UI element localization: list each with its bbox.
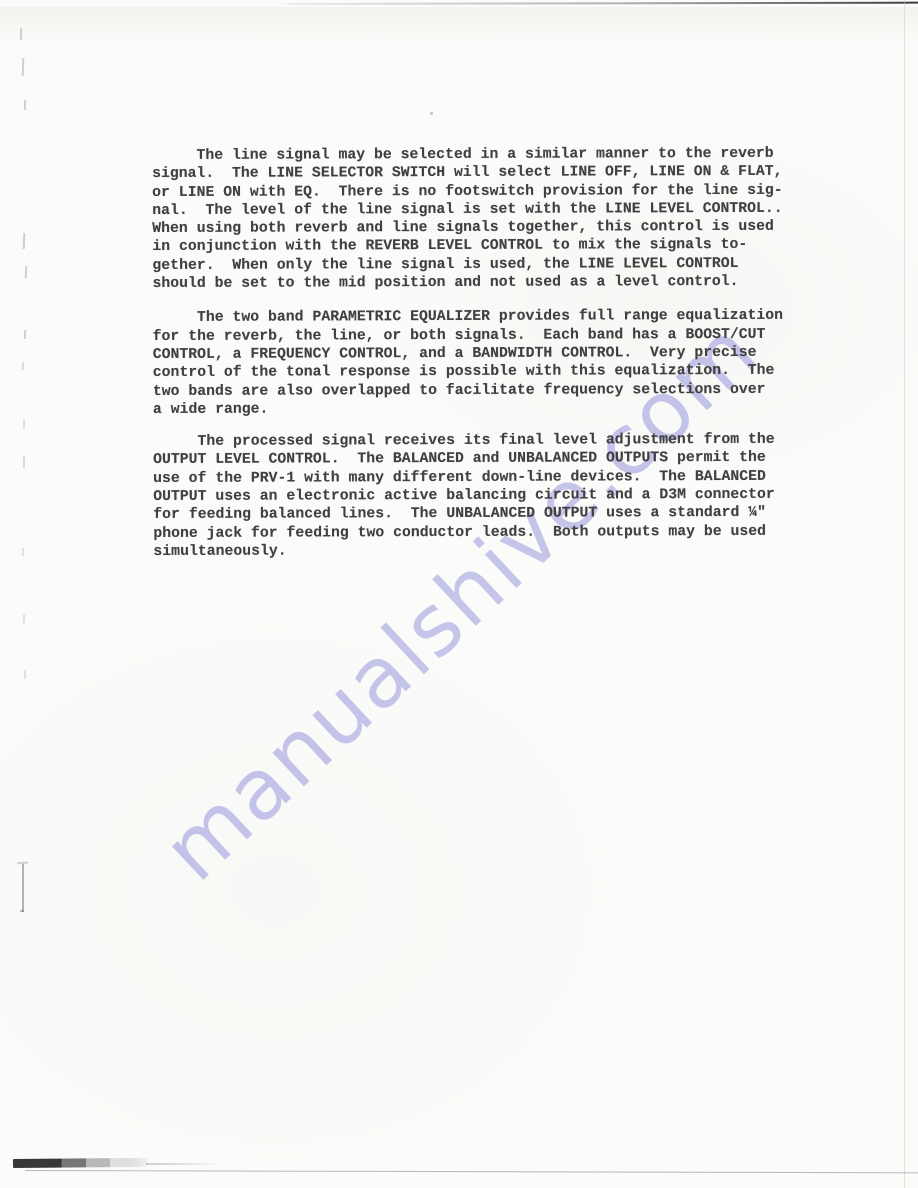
scan-speck bbox=[22, 362, 24, 370]
paragraph-output-level: The processed signal receives its final … bbox=[153, 431, 833, 561]
text-line: phone jack for feeding two conductor lea… bbox=[153, 522, 833, 543]
scan-speck bbox=[23, 614, 25, 623]
scan-speck bbox=[24, 670, 26, 679]
scan-speck bbox=[25, 266, 27, 278]
text-line: use of the PRV-1 with many different dow… bbox=[153, 467, 833, 488]
scan-speck bbox=[24, 330, 26, 339]
text-line: for the reverb, the line, or both signal… bbox=[153, 325, 833, 346]
scan-bottom-smudge bbox=[13, 1158, 148, 1168]
scan-speck bbox=[23, 456, 25, 468]
scan-speck bbox=[20, 28, 22, 40]
text-line: simultaneously. bbox=[153, 541, 833, 562]
scan-speck bbox=[22, 58, 25, 76]
document-body: The line signal may be selected in a sim… bbox=[152, 145, 833, 562]
text-line: The processed signal receives its final … bbox=[153, 431, 833, 452]
text-line: two bands are also overlapped to facilit… bbox=[153, 380, 833, 401]
text-line: CONTROL, a FREQUENCY CONTROL, and a BAND… bbox=[153, 344, 833, 365]
scan-vertical-line bbox=[22, 864, 24, 912]
text-line: gether. When only the line signal is use… bbox=[152, 254, 832, 275]
text-line: signal. The LINE SELECTOR SWITCH will se… bbox=[152, 163, 832, 184]
text-line: The two band PARAMETRIC EQUALIZER provid… bbox=[153, 307, 833, 328]
text-line: The line signal may be selected in a sim… bbox=[152, 145, 832, 166]
text-line: or LINE ON with EQ. There is no footswit… bbox=[152, 181, 832, 202]
scanned-page: manualshive.com The line signal may be s… bbox=[0, 0, 918, 1188]
scan-speck bbox=[23, 233, 25, 249]
text-line: When using both reverb and line signals … bbox=[152, 218, 832, 239]
text-line: should be set to the mid position and no… bbox=[152, 273, 832, 294]
text-line: a wide range. bbox=[153, 398, 833, 419]
scan-top-shading bbox=[0, 7, 918, 43]
scan-speck bbox=[22, 548, 24, 556]
paragraph-parametric-equalizer: The two band PARAMETRIC EQUALIZER provid… bbox=[153, 307, 833, 419]
scan-top-edge-line bbox=[287, 2, 918, 5]
scan-speck bbox=[20, 910, 24, 912]
text-line: for feeding balanced lines. The UNBALANC… bbox=[153, 504, 833, 525]
paragraph-line-signal: The line signal may be selected in a sim… bbox=[152, 145, 833, 294]
text-line: in conjunction with the REVERB LEVEL CON… bbox=[152, 236, 832, 257]
scan-speck bbox=[24, 100, 26, 110]
scan-bottom-smudge-tail bbox=[146, 1163, 224, 1165]
scan-right-edge-line bbox=[904, 0, 905, 1188]
text-line: OUTPUT uses an electronic active balanci… bbox=[153, 486, 833, 507]
scan-speck bbox=[430, 112, 433, 115]
text-line: control of the tonal response is possibl… bbox=[153, 362, 833, 383]
scan-bottom-edge-line bbox=[25, 1170, 918, 1173]
scan-speck bbox=[23, 420, 25, 429]
text-line: OUTPUT LEVEL CONTROL. The BALANCED and U… bbox=[153, 449, 833, 470]
text-line: nal. The level of the line signal is set… bbox=[152, 200, 832, 221]
